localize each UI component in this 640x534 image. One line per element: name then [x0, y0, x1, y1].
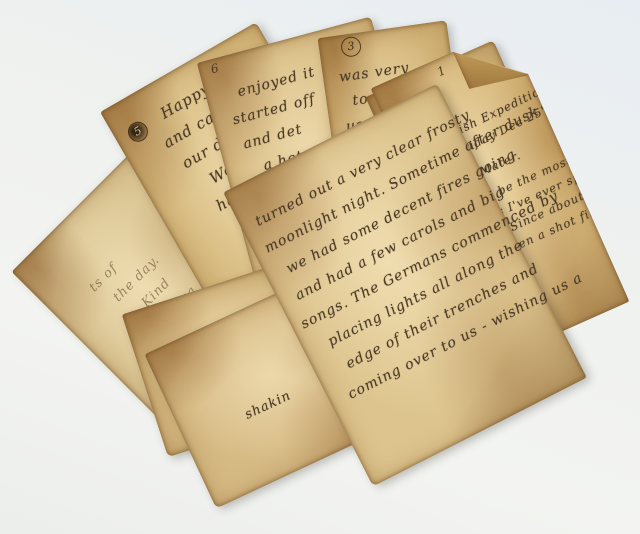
letters-photograph: ts of the day. Kind rega W. 5 Happy Ne a… [0, 0, 640, 534]
